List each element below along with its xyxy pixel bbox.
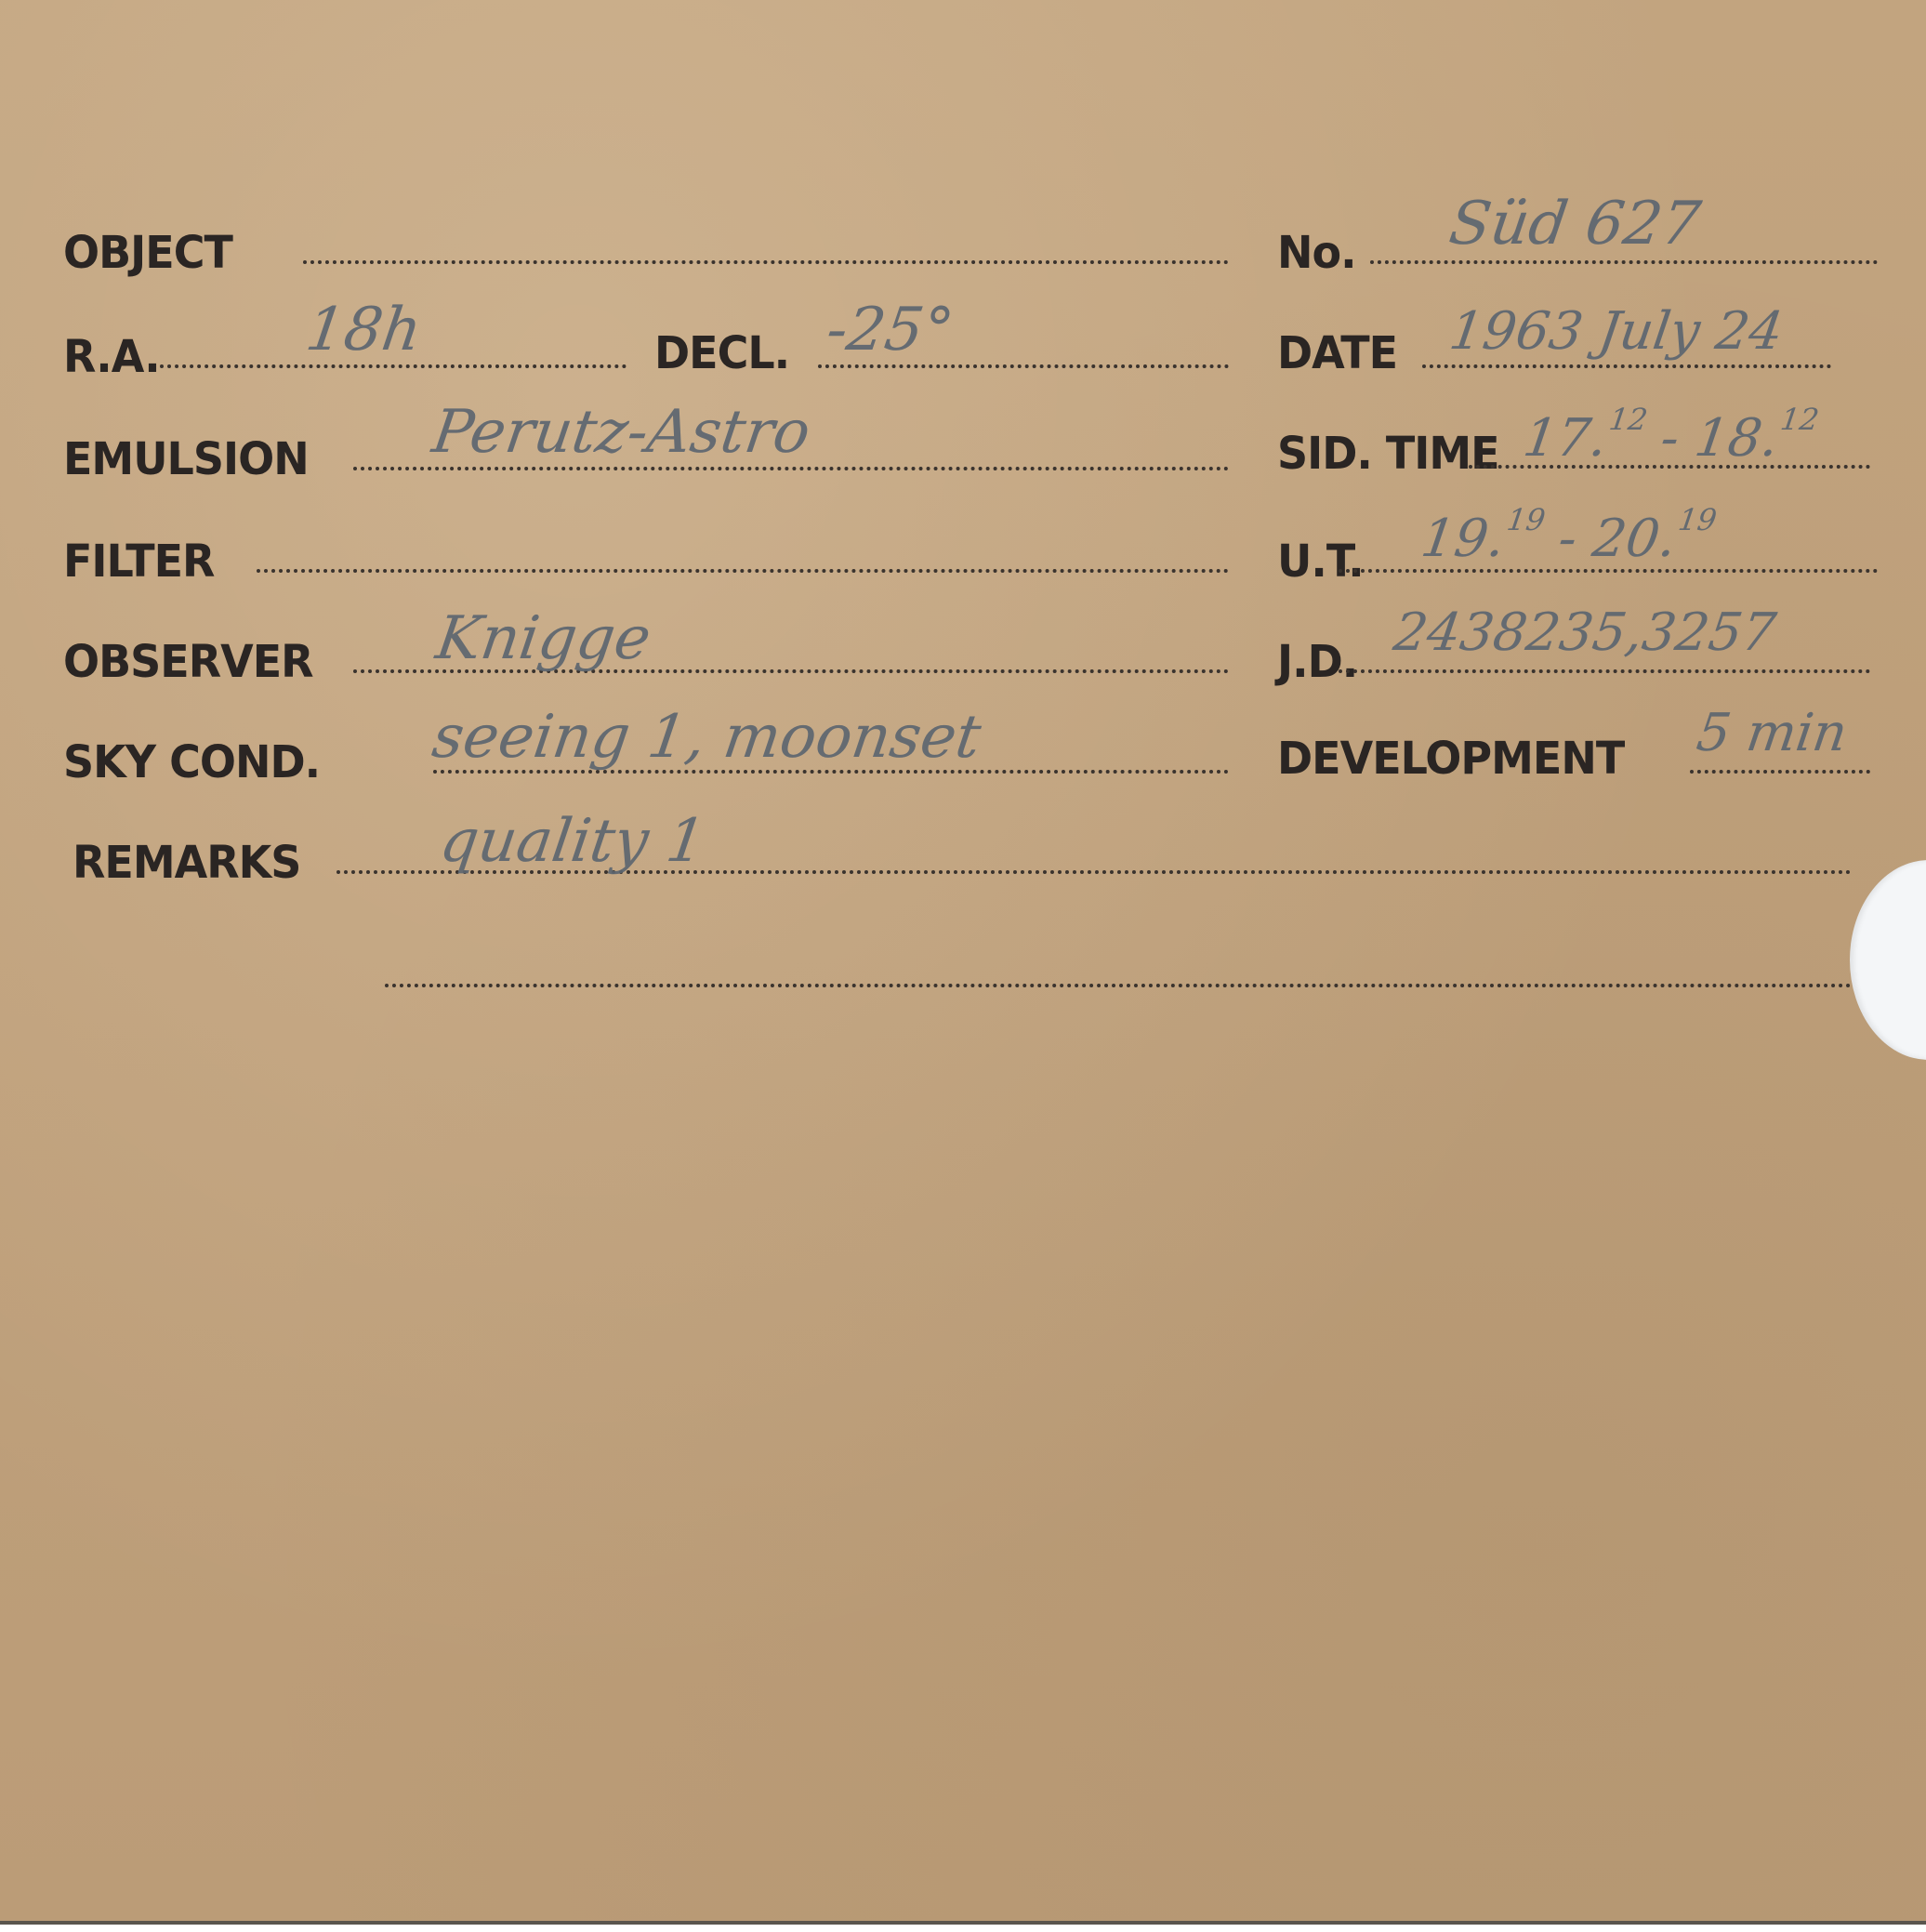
label-development: DEVELOPMENT [1277,732,1624,785]
date-line [1422,364,1831,368]
development-value: 5 min [1693,703,1851,763]
date-value: 1963 July 24 [1445,301,1787,362]
label-ut: U.T. [1277,535,1364,588]
plate-envelope: OBJECT R.A. 18h DECL. -25° EMULSION Peru… [0,0,1926,1925]
label-decl: DECL. [654,326,789,379]
sky-cond-value: seeing 1, moonset [429,703,985,772]
filter-line [257,569,1229,573]
label-filter: FILTER [63,535,214,588]
label-observer: OBSERVER [63,635,313,688]
number-line [1370,260,1878,264]
emulsion-value: Perutz-Astro [429,398,814,467]
remarks-line-2 [385,984,1852,987]
ra-line [160,364,627,368]
development-line [1690,770,1870,774]
object-line [303,260,1229,264]
label-sky-cond: SKY COND. [63,735,320,788]
label-ra: R.A. [63,330,160,383]
label-emulsion: EMULSION [63,432,309,485]
emulsion-line [353,467,1229,470]
label-date: DATE [1277,326,1397,379]
ra-value: 18h [302,296,426,364]
number-value: Süd 627 [1445,190,1705,258]
ut-line [1339,569,1878,573]
ut-value: 19.19 - 20.19 [1418,502,1719,569]
decl-line [818,364,1229,368]
label-remarks: REMARKS [73,836,300,889]
sid-time-value: 17.12 - 18.12 [1520,402,1821,469]
observer-value: Knigge [432,604,655,673]
jd-value: 2438235,3257 [1390,602,1779,663]
label-object: OBJECT [63,226,232,279]
decl-value: -25° [823,296,957,364]
label-number: No. [1277,226,1356,279]
jd-line [1339,669,1870,673]
remarks-value: quality 1 [436,807,710,876]
label-sid-time: SID. TIME [1277,427,1499,480]
thumb-cutout [1850,860,1926,1060]
label-jd: J.D. [1277,635,1357,688]
